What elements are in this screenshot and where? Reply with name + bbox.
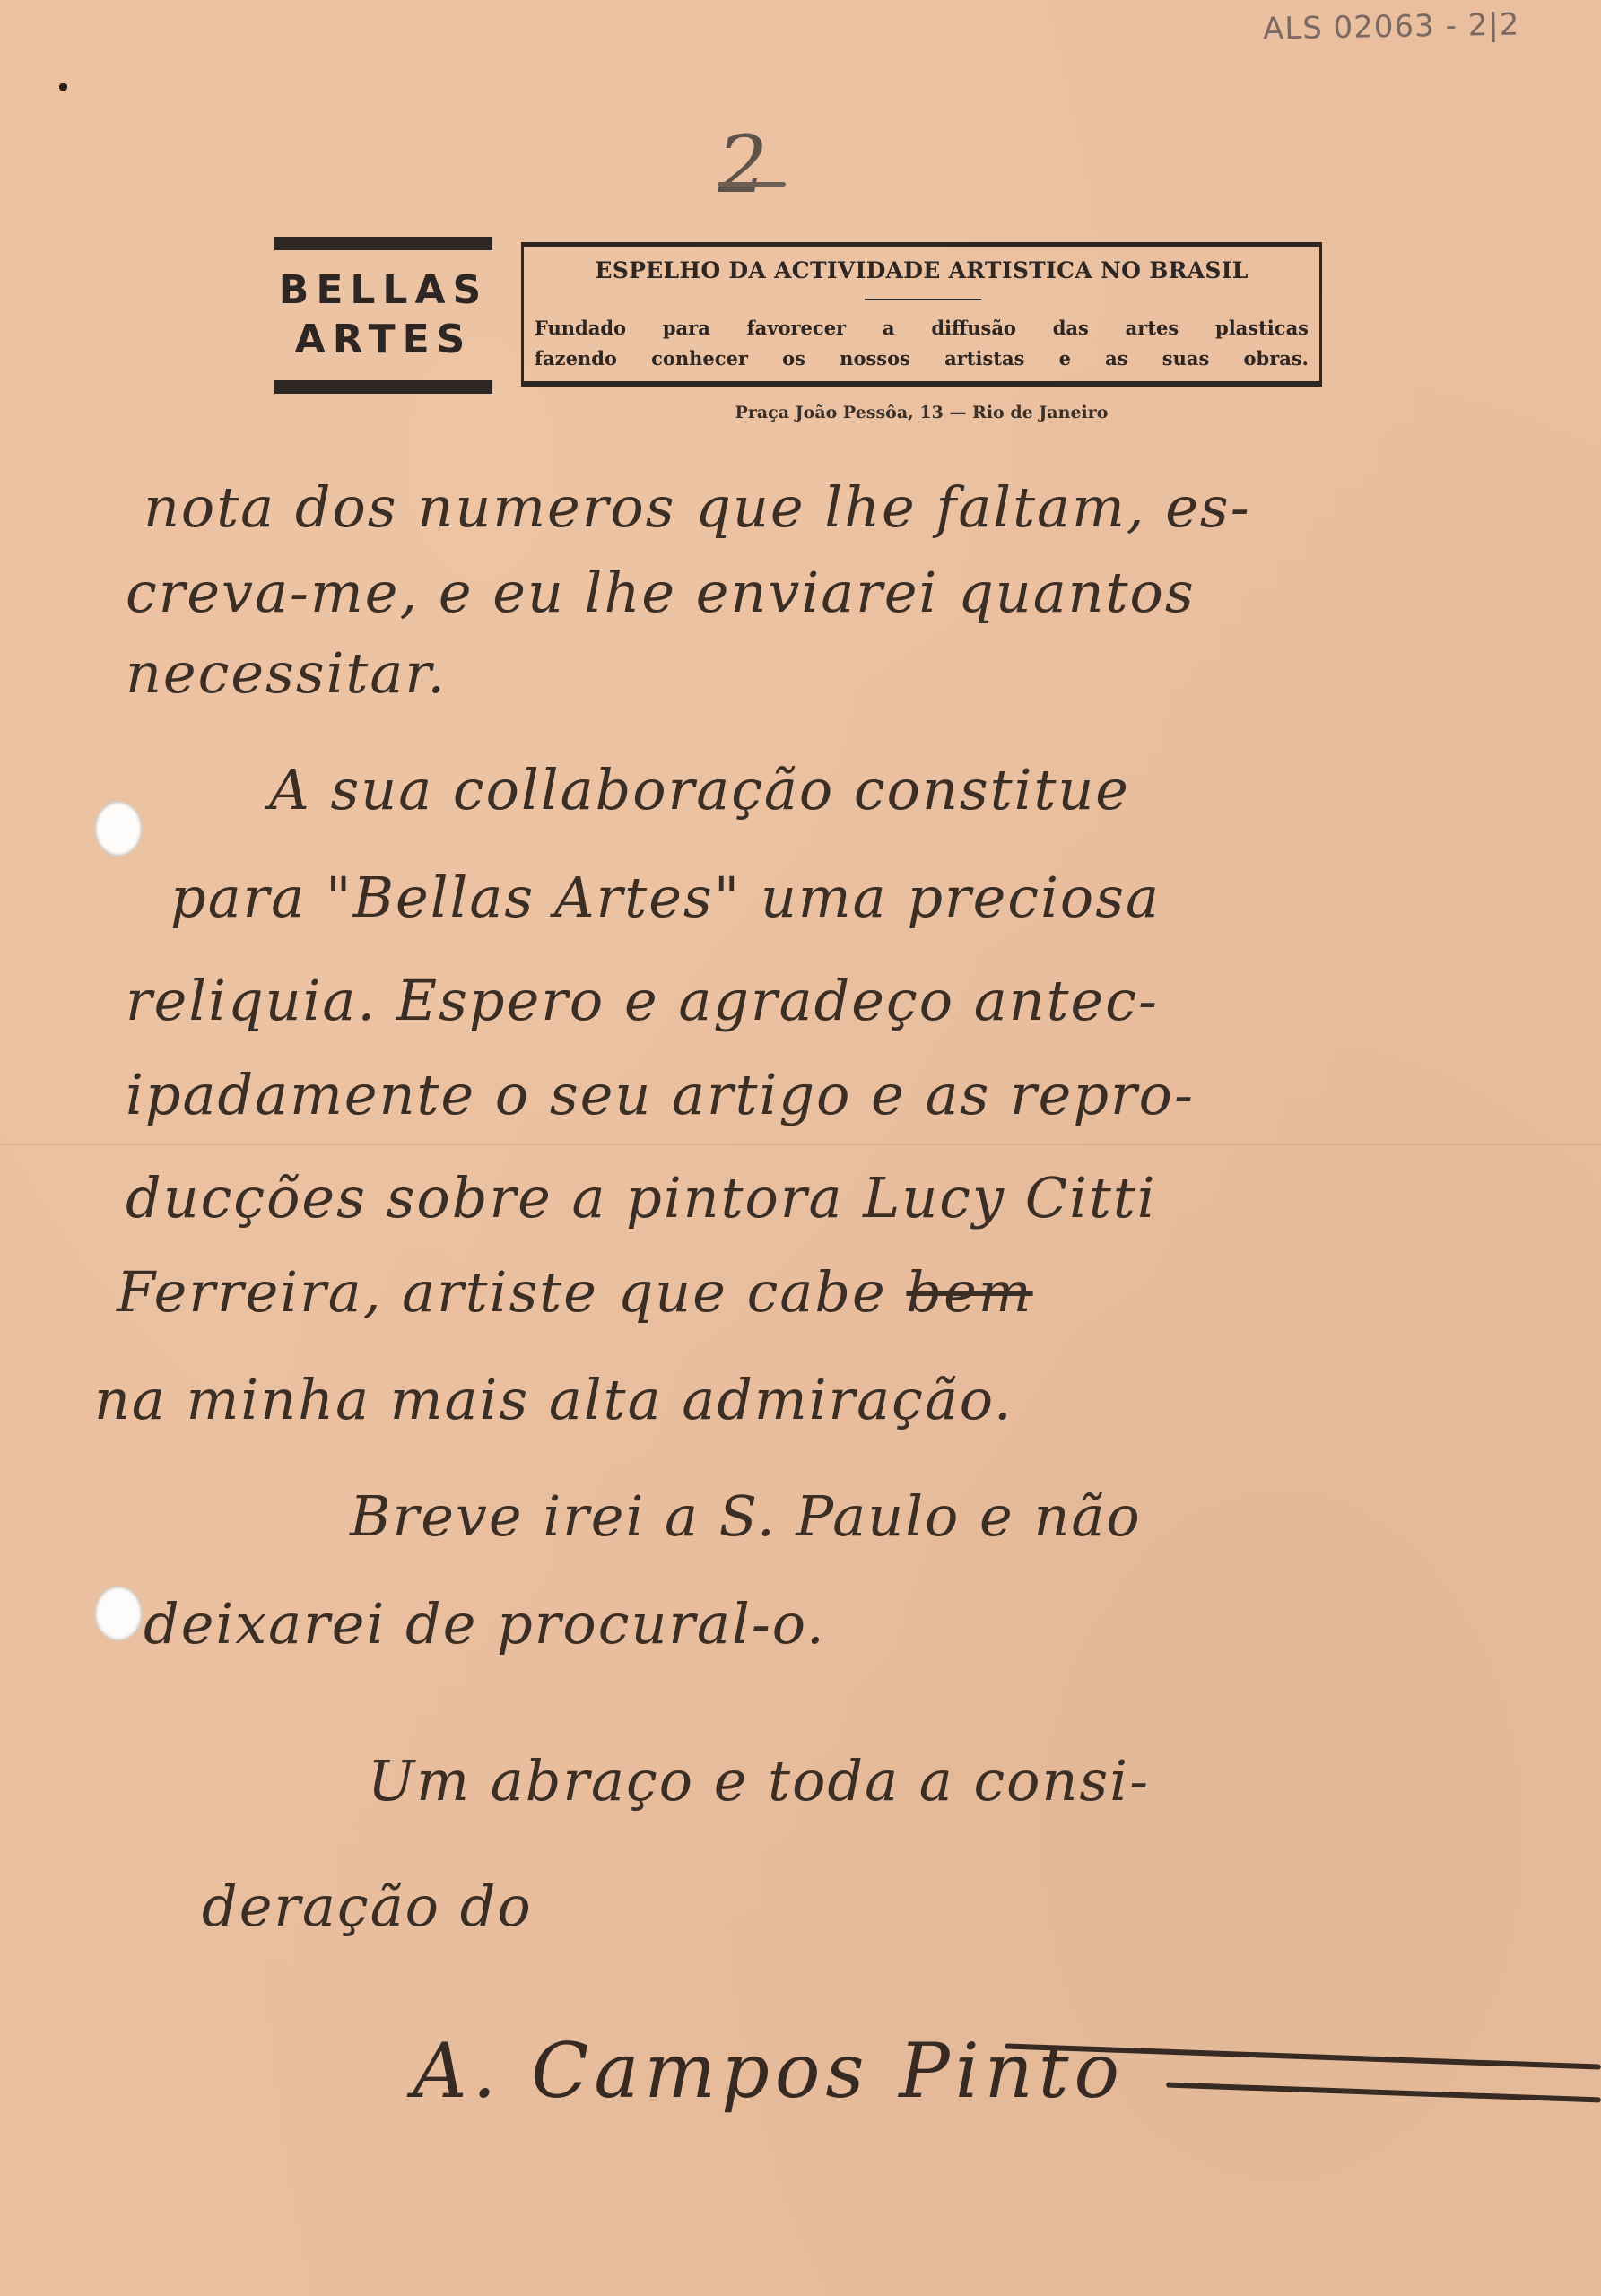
letterhead-tagline: ESPELHO DA ACTIVIDADE ARTISTICA NO BRASI…: [524, 257, 1319, 283]
letter-line: para "Bellas Artes" uma preciosa: [170, 870, 1161, 926]
logo-word-artes: ARTES: [274, 320, 492, 360]
letter-line: A sua collaboração constitue: [269, 762, 1130, 818]
page-number-underline: [718, 182, 786, 187]
letter-line: Breve irei a S. Paulo e não: [350, 1489, 1142, 1544]
letter-line: ducções sobre a pintora Lucy Citti: [126, 1170, 1157, 1226]
page-number: 2: [718, 126, 768, 204]
letterhead-logo: BELLAS ARTES: [274, 237, 492, 395]
letter-line: Um abraço e toda a consi-: [368, 1753, 1150, 1809]
letter-line-text: Ferreira, artiste que cabe: [117, 1259, 887, 1325]
punch-hole: [94, 801, 143, 857]
letter-line: deixarei de procural-o.: [144, 1596, 826, 1652]
letterhead-divider: [865, 299, 981, 300]
ink-speck: [59, 83, 67, 91]
letter-line: ipadamente o seu artigo e as repro-: [126, 1067, 1195, 1123]
punch-hole: [94, 1586, 143, 1641]
letter-line: necessitar.: [126, 646, 447, 701]
paper-fold-line: [0, 1144, 1601, 1145]
letter-line: na minha mais alta admiração.: [94, 1372, 1014, 1428]
letter-line-with-strike: Ferreira, artiste que cabe bem: [117, 1265, 1033, 1320]
logo-top-bar: [274, 237, 492, 250]
archive-id-label: ALS 02063 - 2|2: [1263, 7, 1520, 48]
logo-bottom-bar: [274, 380, 492, 394]
logo-word-bellas: BELLAS: [274, 271, 492, 310]
letter-line: reliquia. Espero e agradeço antec-: [126, 973, 1159, 1029]
letterhead-description-line-2: fazendo conhecer os nossos artistas e as…: [535, 349, 1309, 368]
struck-word: bem: [906, 1259, 1032, 1325]
letterhead-box: ESPELHO DA ACTIVIDADE ARTISTICA NO BRASI…: [521, 242, 1322, 387]
letter-line: creva-me, e eu lhe enviarei quantos: [126, 565, 1196, 621]
letter-line: nota dos numeros que lhe faltam, es-: [144, 480, 1251, 535]
signature: A. Campos Pinto: [413, 2027, 1125, 2115]
letterhead-address: Praça João Pessôa, 13 — Rio de Janeiro: [521, 403, 1322, 422]
letter-line: deração do: [202, 1879, 533, 1935]
letterhead-description-line-1: Fundado para favorecer a diffusão das ar…: [535, 318, 1309, 337]
